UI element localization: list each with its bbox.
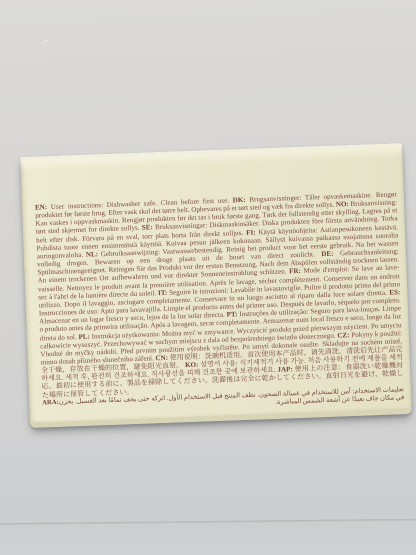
language-code-label: FR:	[289, 267, 301, 275]
language-code-label: IT:	[158, 289, 168, 297]
language-code-label: EN:	[35, 203, 48, 211]
language-code-label: ES:	[389, 288, 400, 296]
language-code-label: PL:	[78, 332, 90, 340]
language-code-label: NO:	[336, 200, 349, 208]
language-code-label: SE:	[142, 224, 153, 232]
photo-background: EN: User instructions: Dishwasher safe. …	[0, 0, 416, 555]
product-box: EN: User instructions: Dishwasher safe. …	[20, 143, 412, 428]
backdrop-surface	[0, 440, 416, 555]
language-code-label: PT:	[227, 310, 238, 318]
language-code-label: CZ:	[337, 331, 350, 339]
language-code-label: DE:	[321, 250, 334, 258]
multilingual-paragraph: EN: User instructions: Dishwasher safe. …	[35, 190, 404, 399]
instructions-text: EN: User instructions: Dishwasher safe. …	[35, 190, 405, 415]
language-code-label: NL:	[86, 250, 99, 258]
language-code-label: FI:	[246, 228, 256, 236]
ara-label: ARA:	[42, 399, 59, 408]
